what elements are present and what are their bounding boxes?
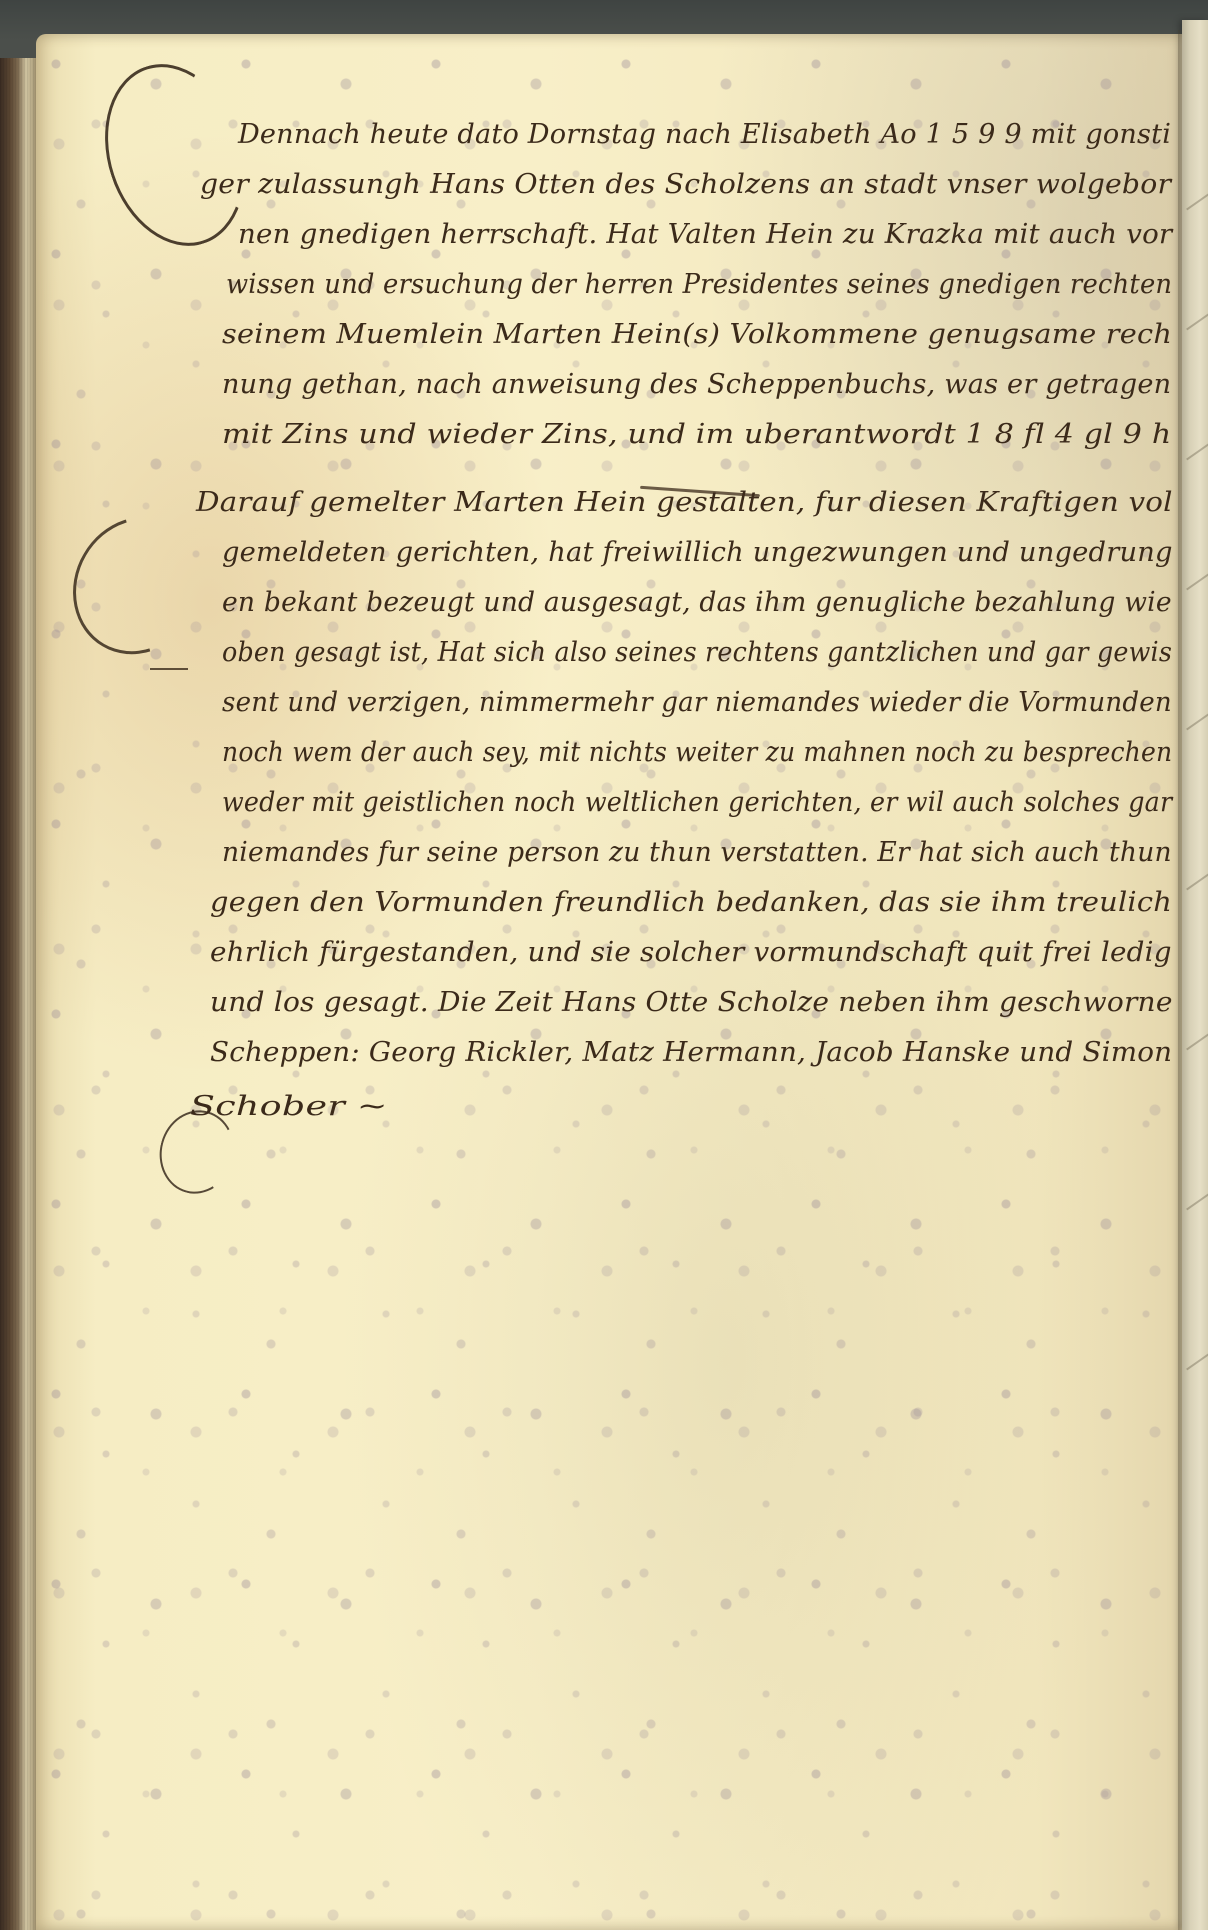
manuscript-line: Schober ~ (190, 1090, 388, 1124)
manuscript-line: noch wem der auch sey, mit nichts weiter… (222, 736, 1172, 770)
decorated-initial-d-second (48, 493, 228, 678)
manuscript-line: en bekant bezeugt und ausgesagt, das ihm… (222, 586, 1172, 620)
manuscript-line: Darauf gemelter Marten Hein gestalten, f… (196, 486, 1173, 520)
manuscript-line: nung gethan, nach anweisung des Scheppen… (222, 368, 1171, 402)
manuscript-line: oben gesagt ist, Hat sich also seines re… (222, 636, 1172, 670)
manuscript-line: Scheppen: Georg Rickler, Matz Hermann, J… (210, 1036, 1172, 1070)
manuscript-line: und los gesagt. Die Zeit Hans Otte Schol… (210, 986, 1173, 1020)
margin-line-mark (150, 668, 188, 670)
manuscript-line: Dennach heute dato Dornstag nach Elisabe… (238, 118, 1172, 152)
manuscript-line: mit Zins und wieder Zins, und im uberant… (222, 418, 1171, 452)
manuscript-line: ehrlich fürgestanden, und sie solcher vo… (210, 936, 1172, 970)
manuscript-line: sent und verzigen, nimmermehr gar nieman… (222, 686, 1172, 720)
manuscript-line: nen gnedigen herrschaft. Hat Valten Hein… (238, 218, 1172, 252)
manuscript-line: niemandes fur seine person zu thun verst… (222, 836, 1172, 870)
manuscript-line: ger zulassungh Hans Otten des Scholzens … (200, 168, 1171, 202)
manuscript-line: gemeldeten gerichten, hat freiwillich un… (222, 536, 1173, 570)
manuscript-line: seinem Muemlein Marten Hein(s) Volkommen… (222, 318, 1172, 352)
manuscript-line: wissen und ersuchung der herren Presiden… (226, 268, 1172, 302)
manuscript-line: gegen den Vormunden freundlich bedanken,… (210, 886, 1172, 920)
manuscript-line: weder mit geistlichen noch weltlichen ge… (222, 786, 1172, 820)
manuscript-text: Dennach heute dato Dornstag nach Elisabe… (0, 0, 1208, 1930)
